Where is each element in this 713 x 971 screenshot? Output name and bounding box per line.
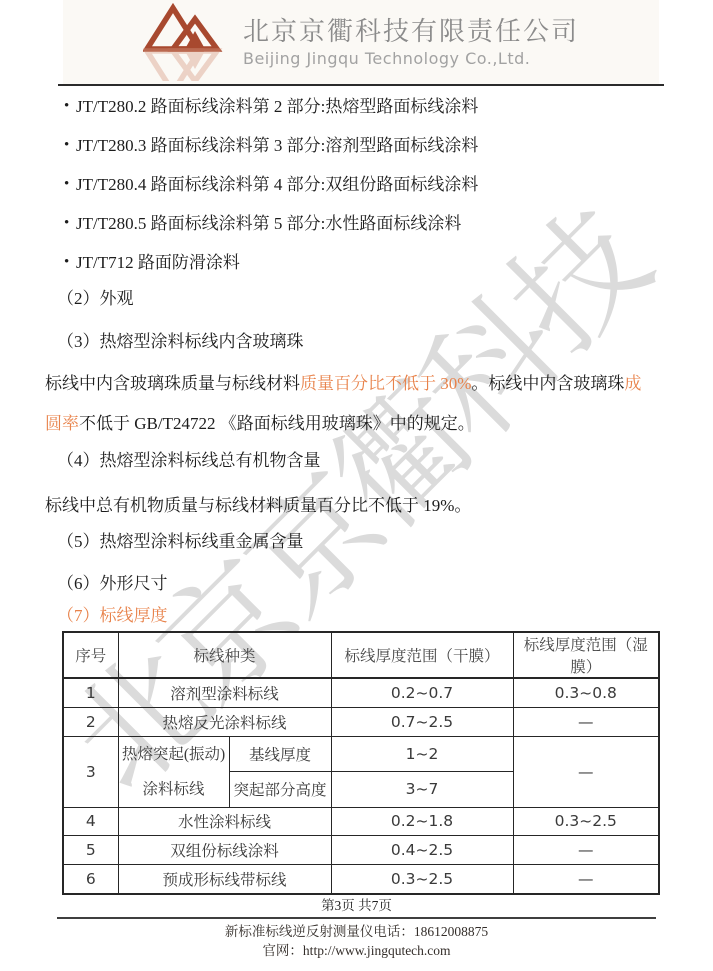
cell-no: 2 (63, 707, 118, 736)
bullet-item: JT/T280.5 路面标线涂料第 5 部分:水性路面标线涂料 (45, 213, 657, 234)
standards-bullet-list: JT/T280.2 路面标线涂料第 2 部分:热熔型路面标线涂料 JT/T280… (45, 96, 657, 273)
header-cell-wet: 标线厚度范围（湿膜） (513, 632, 659, 678)
cell-subtype: 基线厚度 (229, 736, 331, 772)
bullet-item: JT/T280.3 路面标线涂料第 3 部分:溶剂型路面标线涂料 (45, 135, 657, 156)
table-row: 1 溶剂型涂料标线 0.2~0.7 0.3~0.8 (63, 678, 659, 707)
cell-no: 6 (63, 864, 118, 894)
cell-wet: — (513, 835, 659, 864)
cell-dry: 0.2~0.7 (331, 678, 513, 707)
document-page: 北京京衢科技 北京京衢科技有限责任公司 Beijing Jingqu Techn… (0, 0, 713, 971)
cell-type: 热熔突起(振动) 涂料标线 (118, 736, 229, 807)
letterhead-titles: 北京京衢科技有限责任公司 Beijing Jingqu Technology C… (243, 16, 579, 69)
section-heading-6: （6）外形尺寸 (45, 573, 657, 595)
header-cell-dry: 标线厚度范围（干膜） (331, 632, 513, 678)
cell-type: 预成形标线带标线 (118, 864, 331, 894)
document-body: JT/T280.2 路面标线涂料第 2 部分:热熔型路面标线涂料 JT/T280… (45, 86, 657, 895)
section-heading-4: （4）热熔型涂料标线总有机物含量 (45, 450, 657, 472)
cell-dry: 3~7 (331, 772, 513, 808)
company-name-en: Beijing Jingqu Technology Co.,Ltd. (243, 48, 579, 69)
table-header-row: 序号 标线种类 标线厚度范围（干膜） 标线厚度范围（湿膜） (63, 632, 659, 678)
cell-wet: — (513, 707, 659, 736)
cell-wet: — (513, 864, 659, 894)
paragraph-organic-content: 标线中总有机物质量与标线材料质量百分比不低于 19%。 (45, 486, 657, 526)
cell-dry: 0.2~1.8 (331, 807, 513, 835)
table-row: 4 水性涂料标线 0.2~1.8 0.3~2.5 (63, 807, 659, 835)
cell-no: 3 (63, 736, 118, 807)
company-logo-icon (143, 3, 227, 81)
page-indicator: 第3页 共7页 (0, 897, 713, 915)
section-heading-7: （7）标线厚度 (45, 605, 657, 627)
cell-no: 4 (63, 807, 118, 835)
cell-dry: 0.7~2.5 (331, 707, 513, 736)
table-row: 6 预成形标线带标线 0.3~2.5 — (63, 864, 659, 894)
cell-subtype: 突起部分高度 (229, 772, 331, 808)
cell-wet: 0.3~2.5 (513, 807, 659, 835)
company-name-cn: 北京京衢科技有限责任公司 (243, 16, 579, 48)
marking-thickness-table: 序号 标线种类 标线厚度范围（干膜） 标线厚度范围（湿膜） 1 溶剂型涂料标线 … (62, 631, 660, 895)
cell-type: 水性涂料标线 (118, 807, 331, 835)
cell-no: 5 (63, 835, 118, 864)
cell-type: 溶剂型涂料标线 (118, 678, 331, 707)
bullet-item: JT/T712 路面防滑涂料 (45, 252, 657, 273)
cell-wet: 0.3~0.8 (513, 678, 659, 707)
section-heading-3: （3）热熔型涂料标线内含玻璃珠 (45, 331, 657, 353)
bullet-item: JT/T280.2 路面标线涂料第 2 部分:热熔型路面标线涂料 (45, 96, 657, 117)
cell-type-line2: 涂料标线 (119, 772, 229, 807)
cell-wet: — (513, 736, 659, 807)
header-cell-type: 标线种类 (118, 632, 331, 678)
table-row: 2 热熔反光涂料标线 0.7~2.5 — (63, 707, 659, 736)
cell-type: 热熔反光涂料标线 (118, 707, 331, 736)
footer-website-line: 官网：http://www.jingqutech.com (0, 941, 713, 960)
section-heading-2: （2）外观 (45, 288, 657, 310)
footer-divider (57, 917, 656, 919)
bullet-item: JT/T280.4 路面标线涂料第 4 部分:双组份路面标线涂料 (45, 174, 657, 195)
cell-dry: 0.3~2.5 (331, 864, 513, 894)
table-row: 3 热熔突起(振动) 涂料标线 基线厚度 1~2 — (63, 736, 659, 772)
cell-no: 1 (63, 678, 118, 707)
section-heading-5: （5）热熔型涂料标线重金属含量 (45, 531, 657, 553)
cell-type: 双组份标线涂料 (118, 835, 331, 864)
cell-dry: 1~2 (331, 736, 513, 772)
table-row: 5 双组份标线涂料 0.4~2.5 — (63, 835, 659, 864)
page-footer: 第3页 共7页 新标准标线逆反射测量仪电话：18612008875 官网：htt… (0, 897, 713, 960)
header-cell-no: 序号 (63, 632, 118, 678)
paragraph-glass-beads: 标线中内含玻璃珠质量与标线材料质量百分比不低于 30%。标线中内含玻璃珠成圆率不… (45, 364, 657, 444)
cell-type-line1: 热熔突起(振动) (119, 737, 229, 772)
letterhead: 北京京衢科技有限责任公司 Beijing Jingqu Technology C… (63, 0, 659, 84)
footer-phone-line: 新标准标线逆反射测量仪电话：18612008875 (0, 922, 713, 941)
cell-dry: 0.4~2.5 (331, 835, 513, 864)
